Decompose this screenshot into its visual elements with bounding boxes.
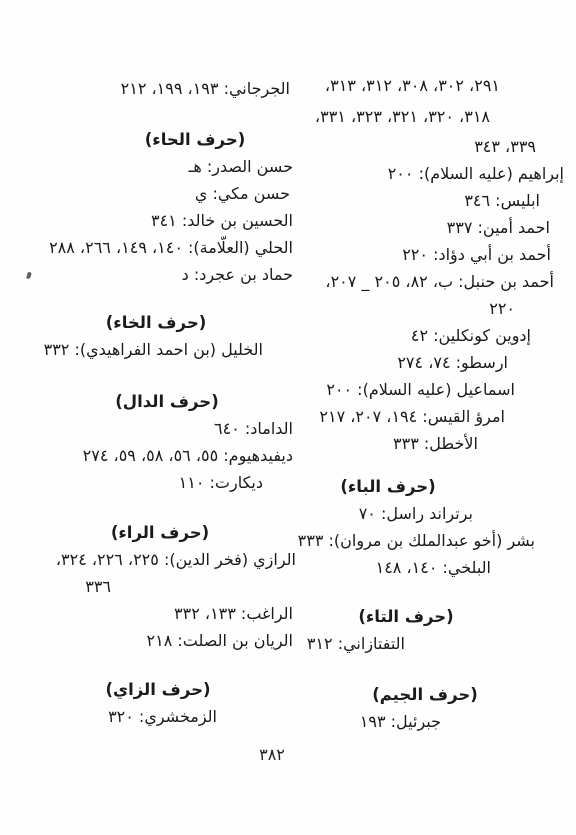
index-entry: إدوين كونكلين: ٤٢ (296, 322, 564, 349)
letter-section-header: (حرف الباء) (296, 473, 564, 500)
index-entry: حسن مكي: ي (28, 180, 296, 207)
index-entry: الخليل (بن احمد الفراهيدي): ٣٣٢ (28, 336, 296, 363)
index-entry: الراغب: ١٣٣، ٣٣٢ (28, 600, 296, 627)
index-entry: حماد بن عجرد: د (28, 261, 296, 288)
letter-section-header: (حرف الراء) (28, 519, 296, 546)
letter-section-header: (حرف الحاء) (28, 126, 296, 153)
left-column: الجرجاني: ١٩٣، ١٩٩، ٢١٢ (حرف الحاء) حسن … (28, 75, 296, 730)
index-entry: الجرجاني: ١٩٣، ١٩٩، ٢١٢ (28, 75, 296, 102)
letter-section-header: (حرف الجيم) (296, 681, 564, 708)
page-number: ٣٨٢ (0, 745, 576, 764)
entry-continuation-numbers: ٢٢٠ (296, 295, 564, 322)
index-entry: البلخي: ١٤٠، ١٤٨ (296, 554, 564, 581)
index-entry: احمد أمين: ٣٣٧ (296, 214, 564, 241)
index-entry: اسماعيل (عليه السلام): ٢٠٠ (296, 376, 564, 403)
index-entry: إبراهيم (عليه السلام): ٢٠٠ (296, 160, 564, 187)
index-entry: حسن الصدر: هـ (28, 153, 296, 180)
index-entry: الريان بن الصلت: ٢١٨ (28, 627, 296, 654)
index-entry: الداماد: ٦٤٠ (28, 415, 296, 442)
index-entry: أحمد بن حنبل: ب، ٨٢، ٢٠٥ _ ٢٠٧، (296, 268, 564, 295)
index-entry: الحلي (العلّامة): ١٤٠، ١٤٩، ٢٦٦، ٢٨٨ (28, 234, 296, 261)
index-entry: الزمخشري: ٣٢٠ (28, 703, 296, 730)
index-entry: الحسين بن خالد: ٣٤١ (28, 207, 296, 234)
carryover-page-numbers: ٣١٨، ٣٢٠، ٣٢١، ٣٢٣، ٣٣١، (296, 103, 564, 130)
index-entry: التفتازاني: ٣١٢ (296, 630, 564, 657)
carryover-page-numbers: ٣٣٩، ٣٤٣ (296, 133, 564, 160)
index-entry: ديكارت: ١١٠ (28, 469, 296, 496)
index-entry: الأخطل: ٣٣٣ (296, 430, 564, 457)
entry-continuation-numbers: ٣٣٦ (28, 573, 296, 600)
index-entry: بشر (أخو عبدالملك بن مروان): ٣٣٣ (296, 527, 564, 554)
index-entry: ارسطو: ٧٤، ٢٧٤ (296, 349, 564, 376)
index-entry: جبرئيل: ١٩٣ (296, 708, 564, 735)
letter-section-header: (حرف التاء) (296, 603, 564, 630)
index-entry: ابليس: ٣٤٦ (296, 187, 564, 214)
letter-section-header: (حرف الزاي) (28, 676, 296, 703)
index-entry: ديفيدهيوم: ٥٥، ٥٦، ٥٨، ٥٩، ٢٧٤ (28, 442, 296, 469)
index-entry: أحمد بن أبي دؤاد: ٢٢٠ (296, 241, 564, 268)
right-column: ٢٩١، ٣٠٢، ٣٠٨، ٣١٢، ٣١٣، ٣١٨، ٣٢٠، ٣٢١، … (296, 72, 564, 735)
index-entry: امرؤ القيس: ١٩٤، ٢٠٧، ٢١٧ (296, 403, 564, 430)
letter-section-header: (حرف الدال) (28, 388, 296, 415)
letter-section-header: (حرف الخاء) (28, 309, 296, 336)
index-entry: برتراند راسل: ٧٠ (296, 500, 564, 527)
index-entry: الرازي (فخر الدين): ٢٢٥، ٢٢٦، ٣٢٤، (28, 546, 296, 573)
book-index-page: ٢٩١، ٣٠٢، ٣٠٨، ٣١٢، ٣١٣، ٣١٨، ٣٢٠، ٣٢١، … (0, 0, 576, 835)
carryover-page-numbers: ٢٩١، ٣٠٢، ٣٠٨، ٣١٢، ٣١٣، (296, 72, 564, 99)
